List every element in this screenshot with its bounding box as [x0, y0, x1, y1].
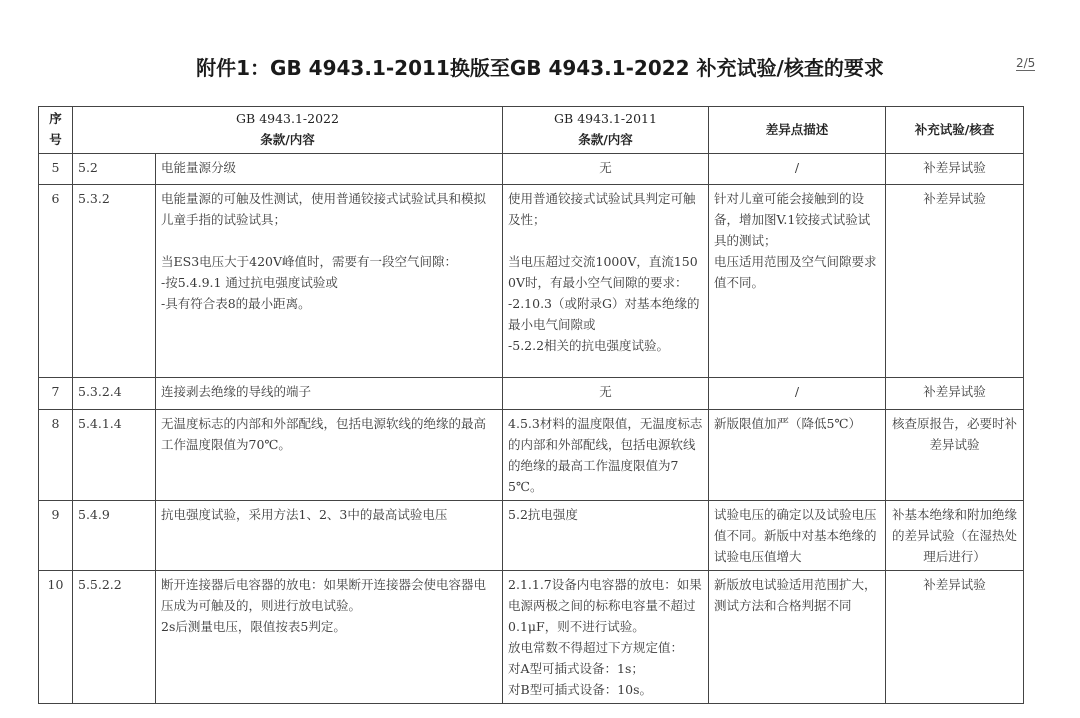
cell-seq: 6: [39, 185, 73, 378]
cell-new-content: 抗电强度试验，采用方法1、2、3中的最高试验电压: [156, 501, 503, 571]
table-row: 6 5.3.2 电能量源的可触及性测试，使用普通铰接式试验试具和模拟儿童手指的试…: [39, 185, 1024, 378]
table-row: 9 5.4.9 抗电强度试验，采用方法1、2、3中的最高试验电压 5.2抗电强度…: [39, 501, 1024, 571]
cell-old-content: 无: [503, 378, 709, 410]
cell-seq: 10: [39, 571, 73, 704]
cell-old-content: 4.5.3材料的温度限值，无温度标志的内部和外部配线，包括电源软线的绝缘的最高工…: [503, 410, 709, 501]
cell-new-clause: 5.4.9: [73, 501, 156, 571]
cell-difference: 新版放电试验适用范围扩大，测试方法和合格判据不同: [709, 571, 886, 704]
cell-new-content: 断开连接器后电容器的放电：如果断开连接器会使电容器电压成为可触及的，则进行放电试…: [156, 571, 503, 704]
cell-difference: /: [709, 154, 886, 185]
cell-difference: 针对儿童可能会接触到的设备，增加图V.1铰接式试验试具的测试； 电压适用范围及空…: [709, 185, 886, 378]
cell-old-content: 无: [503, 154, 709, 185]
table-row: 8 5.4.1.4 无温度标志的内部和外部配线，包括电源软线的绝缘的最高工作温度…: [39, 410, 1024, 501]
table-header-row: 序 号 GB 4943.1-2022 条款/内容 GB 4943.1-2011 …: [39, 107, 1024, 154]
cell-supplement: 补基本绝缘和附加绝缘的差异试验（在湿热处理后进行）: [886, 501, 1024, 571]
header-seq: 序 号: [39, 107, 73, 154]
header-old-standard: GB 4943.1-2011 条款/内容: [503, 107, 709, 154]
cell-seq: 7: [39, 378, 73, 410]
cell-new-content: 无温度标志的内部和外部配线，包括电源软线的绝缘的最高工作温度限值为70℃。: [156, 410, 503, 501]
table-row: 5 5.2 电能量源分级 无 / 补差异试验: [39, 154, 1024, 185]
cell-old-content: 5.2抗电强度: [503, 501, 709, 571]
cell-supplement: 补差异试验: [886, 571, 1024, 704]
cell-seq: 8: [39, 410, 73, 501]
cell-new-clause: 5.3.2.4: [73, 378, 156, 410]
table-row: 10 5.5.2.2 断开连接器后电容器的放电：如果断开连接器会使电容器电压成为…: [39, 571, 1024, 704]
header-new-standard: GB 4943.1-2022 条款/内容: [73, 107, 503, 154]
comparison-table: 序 号 GB 4943.1-2022 条款/内容 GB 4943.1-2011 …: [38, 106, 1024, 704]
cell-seq: 5: [39, 154, 73, 185]
cell-supplement: 核查原报告，必要时补差异试验: [886, 410, 1024, 501]
cell-new-clause: 5.4.1.4: [73, 410, 156, 501]
page-title: 附件1：GB 4943.1-2011换版至GB 4943.1-2022 补充试验…: [0, 52, 1080, 81]
header-difference: 差异点描述: [709, 107, 886, 154]
cell-difference: 试验电压的确定以及试验电压值不同。新版中对基本绝缘的试验电压值增大: [709, 501, 886, 571]
cell-new-content: 电能量源的可触及性测试，使用普通铰接式试验试具和模拟儿童手指的试验试具； 当ES…: [156, 185, 503, 378]
cell-supplement: 补差异试验: [886, 185, 1024, 378]
cell-difference: 新版限值加严（降低5℃）: [709, 410, 886, 501]
cell-supplement: 补差异试验: [886, 154, 1024, 185]
cell-old-content: 2.1.1.7设备内电容器的放电：如果电源两极之间的标称电容量不超过0.1μF，…: [503, 571, 709, 704]
cell-new-content: 电能量源分级: [156, 154, 503, 185]
cell-new-clause: 5.5.2.2: [73, 571, 156, 704]
header-supplement: 补充试验/核查: [886, 107, 1024, 154]
table-row: 7 5.3.2.4 连接剥去绝缘的导线的端子 无 / 补差异试验: [39, 378, 1024, 410]
cell-new-clause: 5.3.2: [73, 185, 156, 378]
page-number: 2/5: [1016, 56, 1035, 71]
cell-difference: /: [709, 378, 886, 410]
cell-old-content: 使用普通铰接式试验试具判定可触及性； 当电压超过交流1000V，直流1500V时…: [503, 185, 709, 378]
cell-new-content: 连接剥去绝缘的导线的端子: [156, 378, 503, 410]
cell-new-clause: 5.2: [73, 154, 156, 185]
cell-supplement: 补差异试验: [886, 378, 1024, 410]
cell-seq: 9: [39, 501, 73, 571]
